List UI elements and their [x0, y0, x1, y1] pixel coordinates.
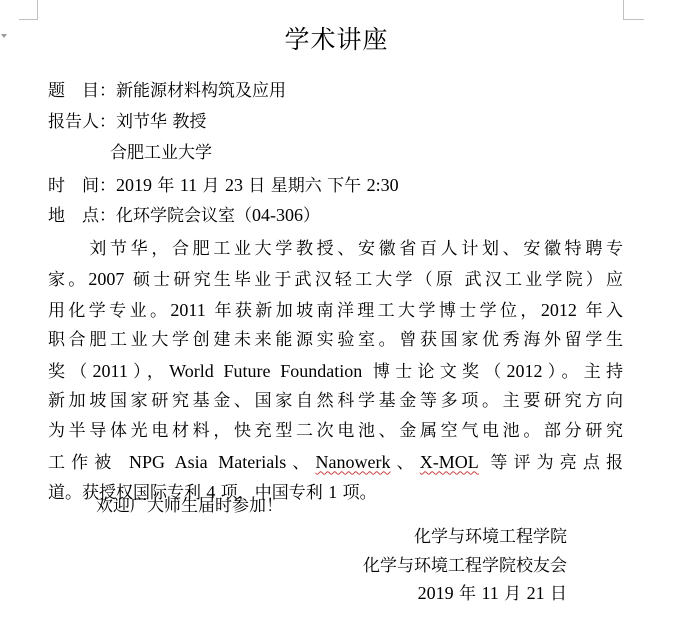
bio-line: 家。2007 硕士研究生毕业于武汉轻工大学（原 武汉工业学院）应 — [48, 264, 623, 294]
time-day: 23 — [225, 175, 243, 195]
bio-line: 新加坡国家研究基金、国家自然科学基金等多项。主要研究方向 — [48, 386, 623, 416]
place-value: 化环学院会议室（ — [116, 206, 252, 226]
topic-label: 题 目： — [48, 81, 116, 101]
speaker-label: 报告人： — [48, 112, 116, 132]
organizer-school: 化学与环境工程学院 — [414, 527, 567, 547]
date-day: 21 — [527, 583, 545, 603]
time-year-unit: 年 — [152, 176, 180, 196]
bio-line: 工作被 NPG Asia Materials、Nanowerk、X-MOL 等评… — [48, 447, 623, 477]
date-year: 2019 — [418, 583, 454, 603]
bio-line: 刘节华，合肥工业大学教授、安徽省百人计划、安徽特聘专 — [48, 234, 623, 264]
date-month: 11 — [481, 583, 498, 603]
time-month: 11 — [180, 175, 197, 195]
speaker-line: 报告人：刘节华 教授 — [48, 112, 206, 132]
bio-line: 为半导体光电材料，快充型二次电池、金属空气电池。部分研究 — [48, 416, 623, 446]
bio-line: 用化学专业。2011 年获新加坡南洋理工大学博士学位，2012 年入 — [48, 295, 623, 325]
page-margin-mark-top-right — [623, 0, 644, 20]
time-clock: 2:30 — [367, 175, 399, 195]
affiliation-value: 合肥工业大学 — [110, 143, 212, 163]
time-month-unit: 月 — [197, 176, 225, 196]
organizer-alumni: 化学与环境工程学院校友会 — [363, 556, 567, 576]
bio-line: 职合肥工业大学创建未来能源实验室。曾获国家优秀海外留学生 — [48, 325, 623, 355]
welcome-line: 欢迎广大师生届时参加！ — [96, 496, 283, 516]
spellcheck-word-nanowerk[interactable]: Nanowerk — [316, 452, 391, 472]
spellcheck-word-xmol[interactable]: X-MOL — [420, 452, 479, 472]
time-day-unit: 日 星期六 下午 — [243, 176, 367, 196]
bio-line: 奖（2011），World Future Foundation 博士论文奖（20… — [48, 356, 623, 386]
affiliation-line: 合肥工业大学 — [110, 143, 212, 163]
topic-line: 题 目：新能源材料构筑及应用 — [48, 81, 286, 101]
document-title: 学术讲座 — [0, 20, 673, 56]
place-close: ） — [303, 206, 320, 226]
bio-paragraph: 刘节华，合肥工业大学教授、安徽省百人计划、安徽特聘专 家。2007 硕士研究生毕… — [48, 234, 623, 508]
topic-value: 新能源材料构筑及应用 — [116, 81, 286, 101]
issue-date: 2019 年 11 月 21 日 — [418, 583, 567, 604]
place-room: 04-306 — [252, 205, 303, 225]
time-label: 时 间： — [48, 176, 116, 196]
date-day-unit: 日 — [545, 584, 567, 604]
page-margin-mark-top-left — [19, 0, 38, 20]
date-year-unit: 年 — [454, 584, 482, 604]
speaker-value: 刘节华 教授 — [116, 112, 206, 132]
date-month-unit: 月 — [499, 584, 527, 604]
time-year: 2019 — [116, 175, 152, 195]
time-line: 时 间：2019 年 11 月 23 日 星期六 下午 2:30 — [48, 175, 399, 196]
place-line: 地 点：化环学院会议室（04-306） — [48, 205, 320, 226]
place-label: 地 点： — [48, 206, 116, 226]
